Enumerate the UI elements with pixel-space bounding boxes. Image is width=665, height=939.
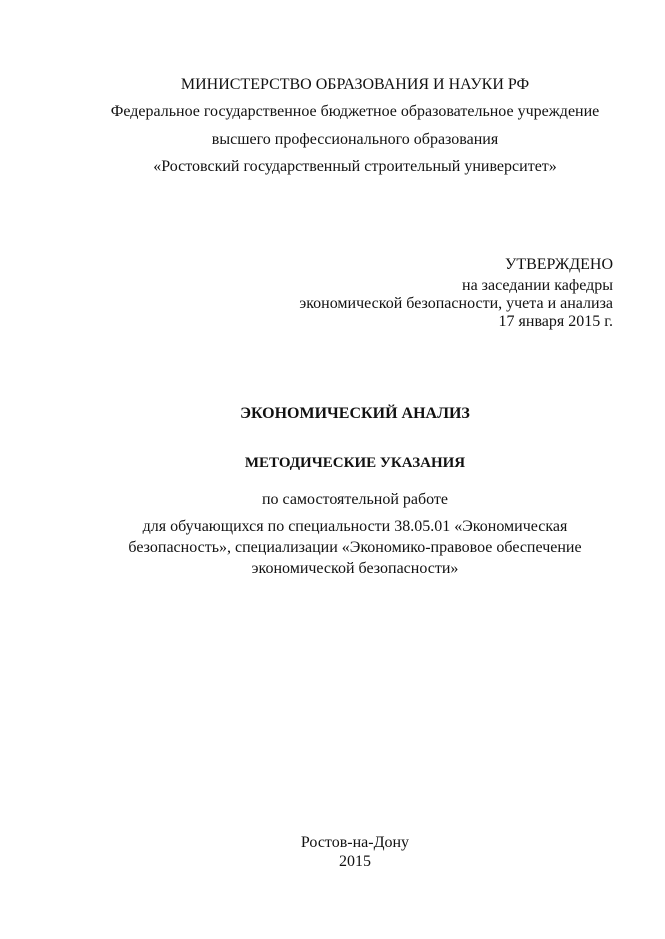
year: 2015 bbox=[0, 853, 665, 871]
approval-department: экономической безопасности, учета и анал… bbox=[299, 295, 613, 313]
description-line: экономической безопасности» bbox=[0, 560, 665, 578]
university-name: «Ростовский государственный строительный… bbox=[0, 158, 665, 176]
institution-type: Федеральное государственное бюджетное об… bbox=[0, 103, 665, 121]
city: Ростов-на-Дону bbox=[0, 834, 665, 852]
education-level: высшего профессионального образования bbox=[0, 131, 665, 149]
approval-stamp: УТВЕРЖДЕНО bbox=[505, 256, 613, 274]
document-title: ЭКОНОМИЧЕСКИЙ АНАЛИЗ bbox=[0, 405, 665, 423]
description-line: по самостоятельной работе bbox=[0, 491, 665, 509]
description-line: безопасность», специализации «Экономико-… bbox=[0, 539, 665, 557]
approval-meeting: на заседании кафедры bbox=[462, 277, 613, 295]
document-subtitle: МЕТОДИЧЕСКИЕ УКАЗАНИЯ bbox=[0, 454, 665, 472]
approval-date: 17 января 2015 г. bbox=[499, 313, 613, 331]
description-line: для обучающихся по специальности 38.05.0… bbox=[0, 518, 665, 536]
document-page: МИНИСТЕРСТВО ОБРАЗОВАНИЯ И НАУКИ РФ Феде… bbox=[0, 0, 665, 939]
ministry-name: МИНИСТЕРСТВО ОБРАЗОВАНИЯ И НАУКИ РФ bbox=[0, 76, 665, 94]
